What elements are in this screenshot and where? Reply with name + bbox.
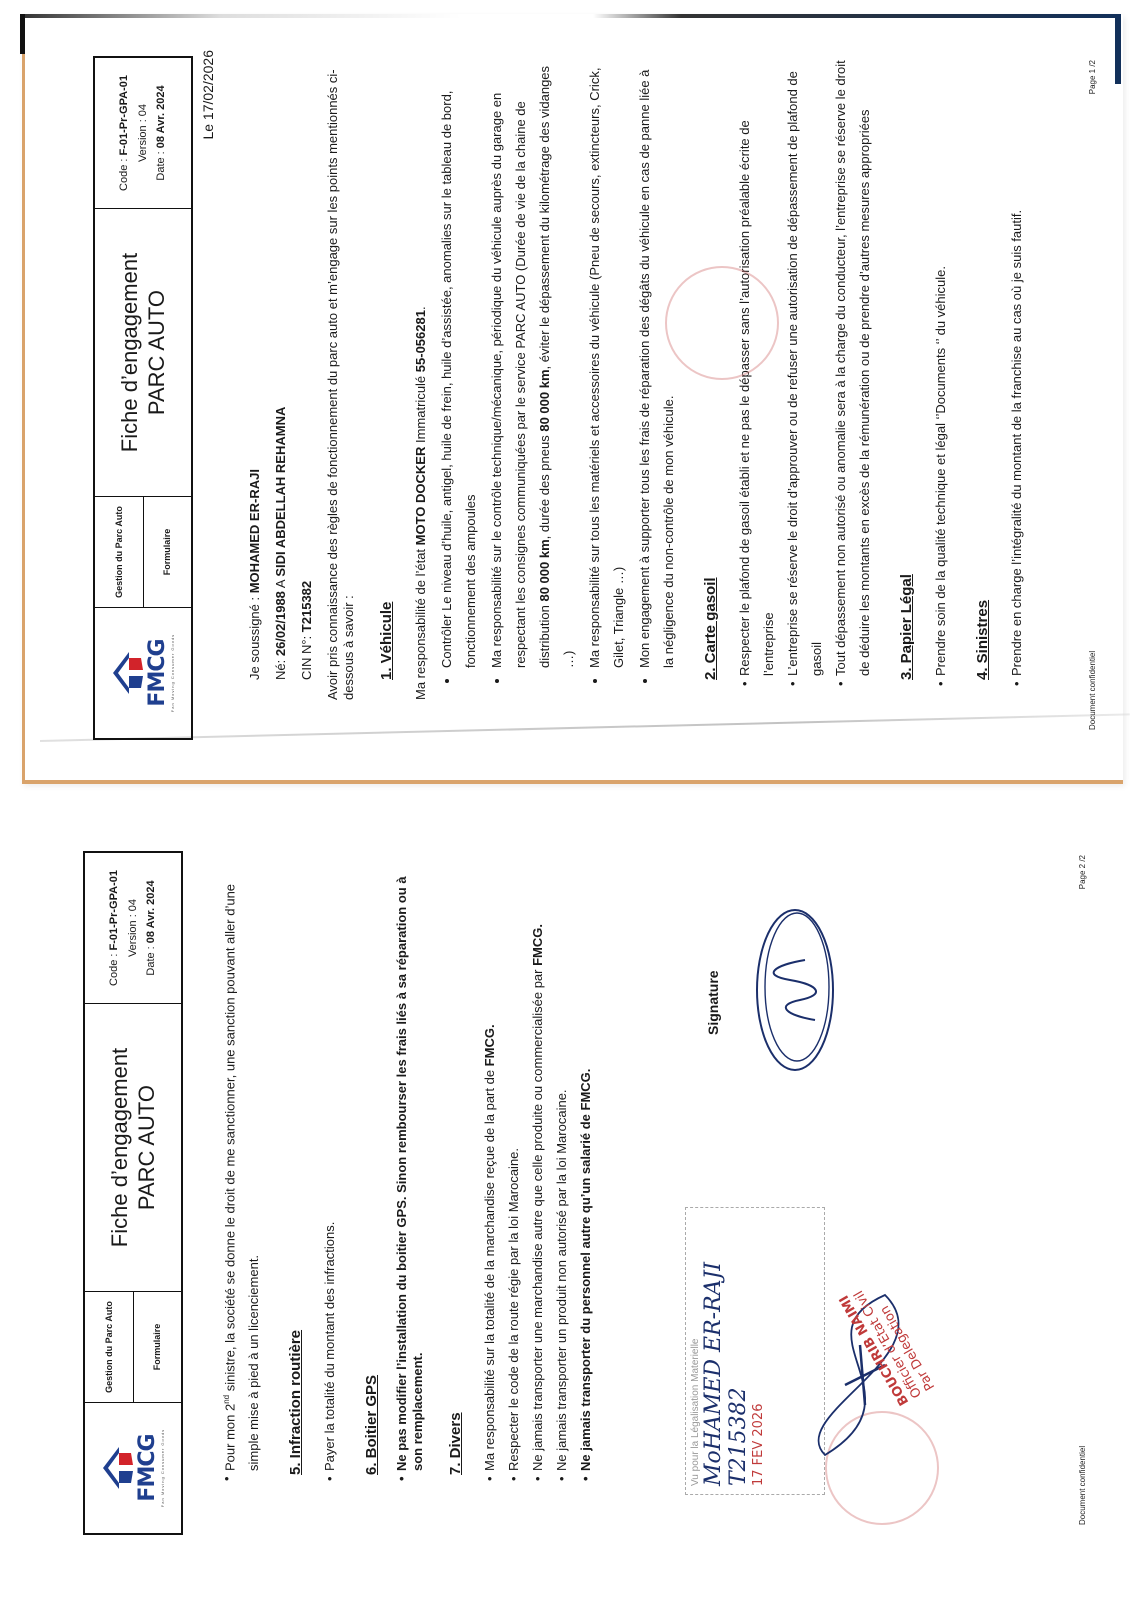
version-label: Version : 04 bbox=[134, 104, 153, 162]
page-footer: Document confidentiel Page 1 /2 bbox=[1088, 60, 1097, 730]
logo-text: FMCG bbox=[145, 639, 170, 706]
title-line-1: Fiche d’engagement bbox=[116, 253, 144, 452]
list-item: Ma responsabilité sur tous les matériels… bbox=[583, 60, 631, 668]
birth-place: SIDI ABDELLAH REHAMNA bbox=[273, 407, 288, 577]
sheet-corner-dark bbox=[1115, 14, 1121, 84]
list-item: Ne jamais transporter du personnel autre… bbox=[574, 855, 598, 1481]
title-line-2: PARC AUTO bbox=[143, 290, 171, 415]
vehicle-model: MOTO DOCKER bbox=[413, 447, 428, 546]
intro-text: Avoir pris connaissance des règles de fo… bbox=[325, 60, 357, 700]
list-item: Pour mon 2nd sinistre, la société se don… bbox=[215, 855, 266, 1481]
page-footer: Document confidentiel Page 2 /2 bbox=[1078, 855, 1087, 1525]
birth-at: A bbox=[273, 577, 288, 591]
section-papier-legal-title: 3. Papier Légal bbox=[895, 60, 919, 680]
signature-label: Signature bbox=[705, 970, 721, 1035]
date-value: 08 Avr. 2024 bbox=[145, 880, 157, 943]
company-logo: FMCG Fan Moving Consumer Goods bbox=[85, 1402, 181, 1533]
list-item: Mon engagement à supporter tous les frai… bbox=[633, 60, 681, 668]
list-item: Ne jamais transporter un produit non aut… bbox=[550, 855, 574, 1481]
list-item: Ne jamais transporter une marchandise au… bbox=[526, 855, 550, 1481]
sinistres-list: Prendre en charge l’intégralité du monta… bbox=[1005, 60, 1029, 700]
list-item: Tout dépassement non autorisé ou anomali… bbox=[829, 60, 877, 686]
code-label: Code : bbox=[118, 156, 130, 191]
department-label: Gestion du Parc Auto bbox=[85, 1292, 134, 1402]
document-page-1: FMCG Fan Moving Consumer Goods Gestion d… bbox=[75, 20, 1115, 760]
list-item: Ma responsabilité sur la totalité de la … bbox=[478, 855, 502, 1481]
infraction-list: Payer la totalité du montant des infract… bbox=[318, 855, 342, 1495]
title-line-1: Fiche d’engagement bbox=[106, 1048, 134, 1247]
company-logo: FMCG Fan Moving Consumer Goods bbox=[95, 607, 191, 738]
legalisation-stamp: Vu pour la Légalisation Materielle MoHAM… bbox=[685, 1207, 825, 1495]
document-page-2: FMCG Fan Moving Consumer Goods Gestion d… bbox=[65, 815, 1105, 1555]
form-header: FMCG Fan Moving Consumer Goods Gestion d… bbox=[93, 56, 193, 740]
vehicule-list: Contrôler Le niveau d’huile, antigel, hu… bbox=[435, 60, 681, 700]
cin-label: CIN N°: bbox=[299, 632, 314, 680]
form-meta: Code : F-01-Pr-GPA-01 Version : 04 Date … bbox=[85, 853, 181, 1003]
signature-scribble-icon bbox=[745, 905, 845, 1075]
sheet-edge-dark bbox=[20, 14, 25, 54]
list-item: Contrôler Le niveau d’huile, antigel, hu… bbox=[435, 60, 483, 668]
page-number: Page 1 /2 bbox=[1088, 60, 1097, 94]
date-value: 08 Avr. 2024 bbox=[155, 85, 167, 148]
gasoil-list: Respecter le plafond de gasoil établi et… bbox=[733, 60, 877, 700]
list-item: Prendre soin de la qualité technique et … bbox=[929, 60, 953, 686]
list-item: Prendre en charge l’intégralité du monta… bbox=[1005, 60, 1029, 686]
confidential-label: Document confidentiel bbox=[1078, 1446, 1087, 1525]
section-sinistres-title: 4. Sinistres bbox=[971, 60, 995, 680]
doc-type-label: Formulaire bbox=[144, 497, 192, 607]
section-gps-title: 6. Boitier GPS bbox=[360, 855, 384, 1475]
birth-date: 26/02/1988 bbox=[273, 591, 288, 656]
house-logo-icon bbox=[101, 1445, 135, 1491]
form-title: Fiche d’engagement PARC AUTO bbox=[85, 1003, 181, 1291]
handwritten-id: T215382 bbox=[726, 1216, 751, 1486]
soussigne-label: Je soussigné : bbox=[247, 593, 262, 680]
logo-tagline: Fan Moving Consumer Goods bbox=[160, 1429, 165, 1507]
version-label: Version : 04 bbox=[124, 899, 143, 957]
list-item: Payer la totalité du montant des infract… bbox=[318, 855, 342, 1481]
list-item: Ma responsabilité sur le contrôle techni… bbox=[485, 60, 581, 668]
title-line-2: PARC AUTO bbox=[133, 1085, 161, 1210]
papier-list: Prendre soin de la qualité technique et … bbox=[929, 60, 953, 700]
page1-body: Je soussigné : MOHAMED ER-RAJI Né: 26/02… bbox=[215, 60, 1029, 700]
page2-body: Pour mon 2nd sinistre, la société se don… bbox=[215, 855, 598, 1495]
section-vehicule-title: 1. Véhicule bbox=[375, 60, 399, 680]
section-infraction-title: 5. Infraction routière bbox=[284, 855, 308, 1475]
birth-label: Né: bbox=[273, 656, 288, 680]
form-header: FMCG Fan Moving Consumer Goods Gestion d… bbox=[83, 851, 183, 1535]
department-label: Gestion du Parc Auto bbox=[95, 497, 144, 607]
list-item: L’entreprise se réserve le droit d’appro… bbox=[781, 60, 829, 686]
legalisation-header: Vu pour la Légalisation Materielle bbox=[690, 1216, 701, 1486]
employee-name: MOHAMED ER-RAJI bbox=[247, 469, 262, 593]
divers-list: Ma responsabilité sur la totalité de la … bbox=[478, 855, 598, 1495]
form-meta: Code : F-01-Pr-GPA-01 Version : 04 Date … bbox=[95, 58, 191, 208]
code-label: Code : bbox=[108, 951, 120, 986]
date-label: Date : bbox=[145, 943, 157, 975]
gps-list: Ne pas modifier l’installation du boitie… bbox=[394, 855, 426, 1495]
code-value: F-01-Pr-GPA-01 bbox=[118, 75, 130, 155]
official-stamp bbox=[665, 266, 779, 380]
doc-type-label: Formulaire bbox=[134, 1292, 182, 1402]
cin-value: T215382 bbox=[299, 581, 314, 632]
date-label: Date : bbox=[155, 148, 167, 180]
confidential-label: Document confidentiel bbox=[1088, 651, 1097, 730]
stamp-date: 17 FEV 2026 bbox=[751, 1216, 766, 1486]
list-item: Respecter le code de la route régie par … bbox=[502, 855, 526, 1481]
continuation-list: Pour mon 2nd sinistre, la société se don… bbox=[215, 855, 266, 1495]
form-title: Fiche d’engagement PARC AUTO bbox=[95, 208, 191, 496]
section-divers-title: 7. Divers bbox=[444, 855, 468, 1475]
vehicle-responsibility: Ma responsabilité de l’état MOTO DOCKER … bbox=[409, 60, 433, 700]
document-date: Le 17/02/2026 bbox=[200, 50, 216, 140]
house-logo-icon bbox=[111, 650, 145, 696]
list-item: Ne pas modifier l’installation du boitie… bbox=[394, 855, 426, 1481]
logo-tagline: Fan Moving Consumer Goods bbox=[170, 634, 175, 712]
vehicle-plate: 55-056281 bbox=[413, 310, 428, 372]
handwritten-name: MoHAMED ER-RAJI bbox=[701, 1216, 726, 1486]
sheet-edge-shadow bbox=[22, 14, 1120, 18]
page-number: Page 2 /2 bbox=[1078, 855, 1087, 889]
logo-text: FMCG bbox=[135, 1434, 160, 1501]
code-value: F-01-Pr-GPA-01 bbox=[108, 870, 120, 950]
